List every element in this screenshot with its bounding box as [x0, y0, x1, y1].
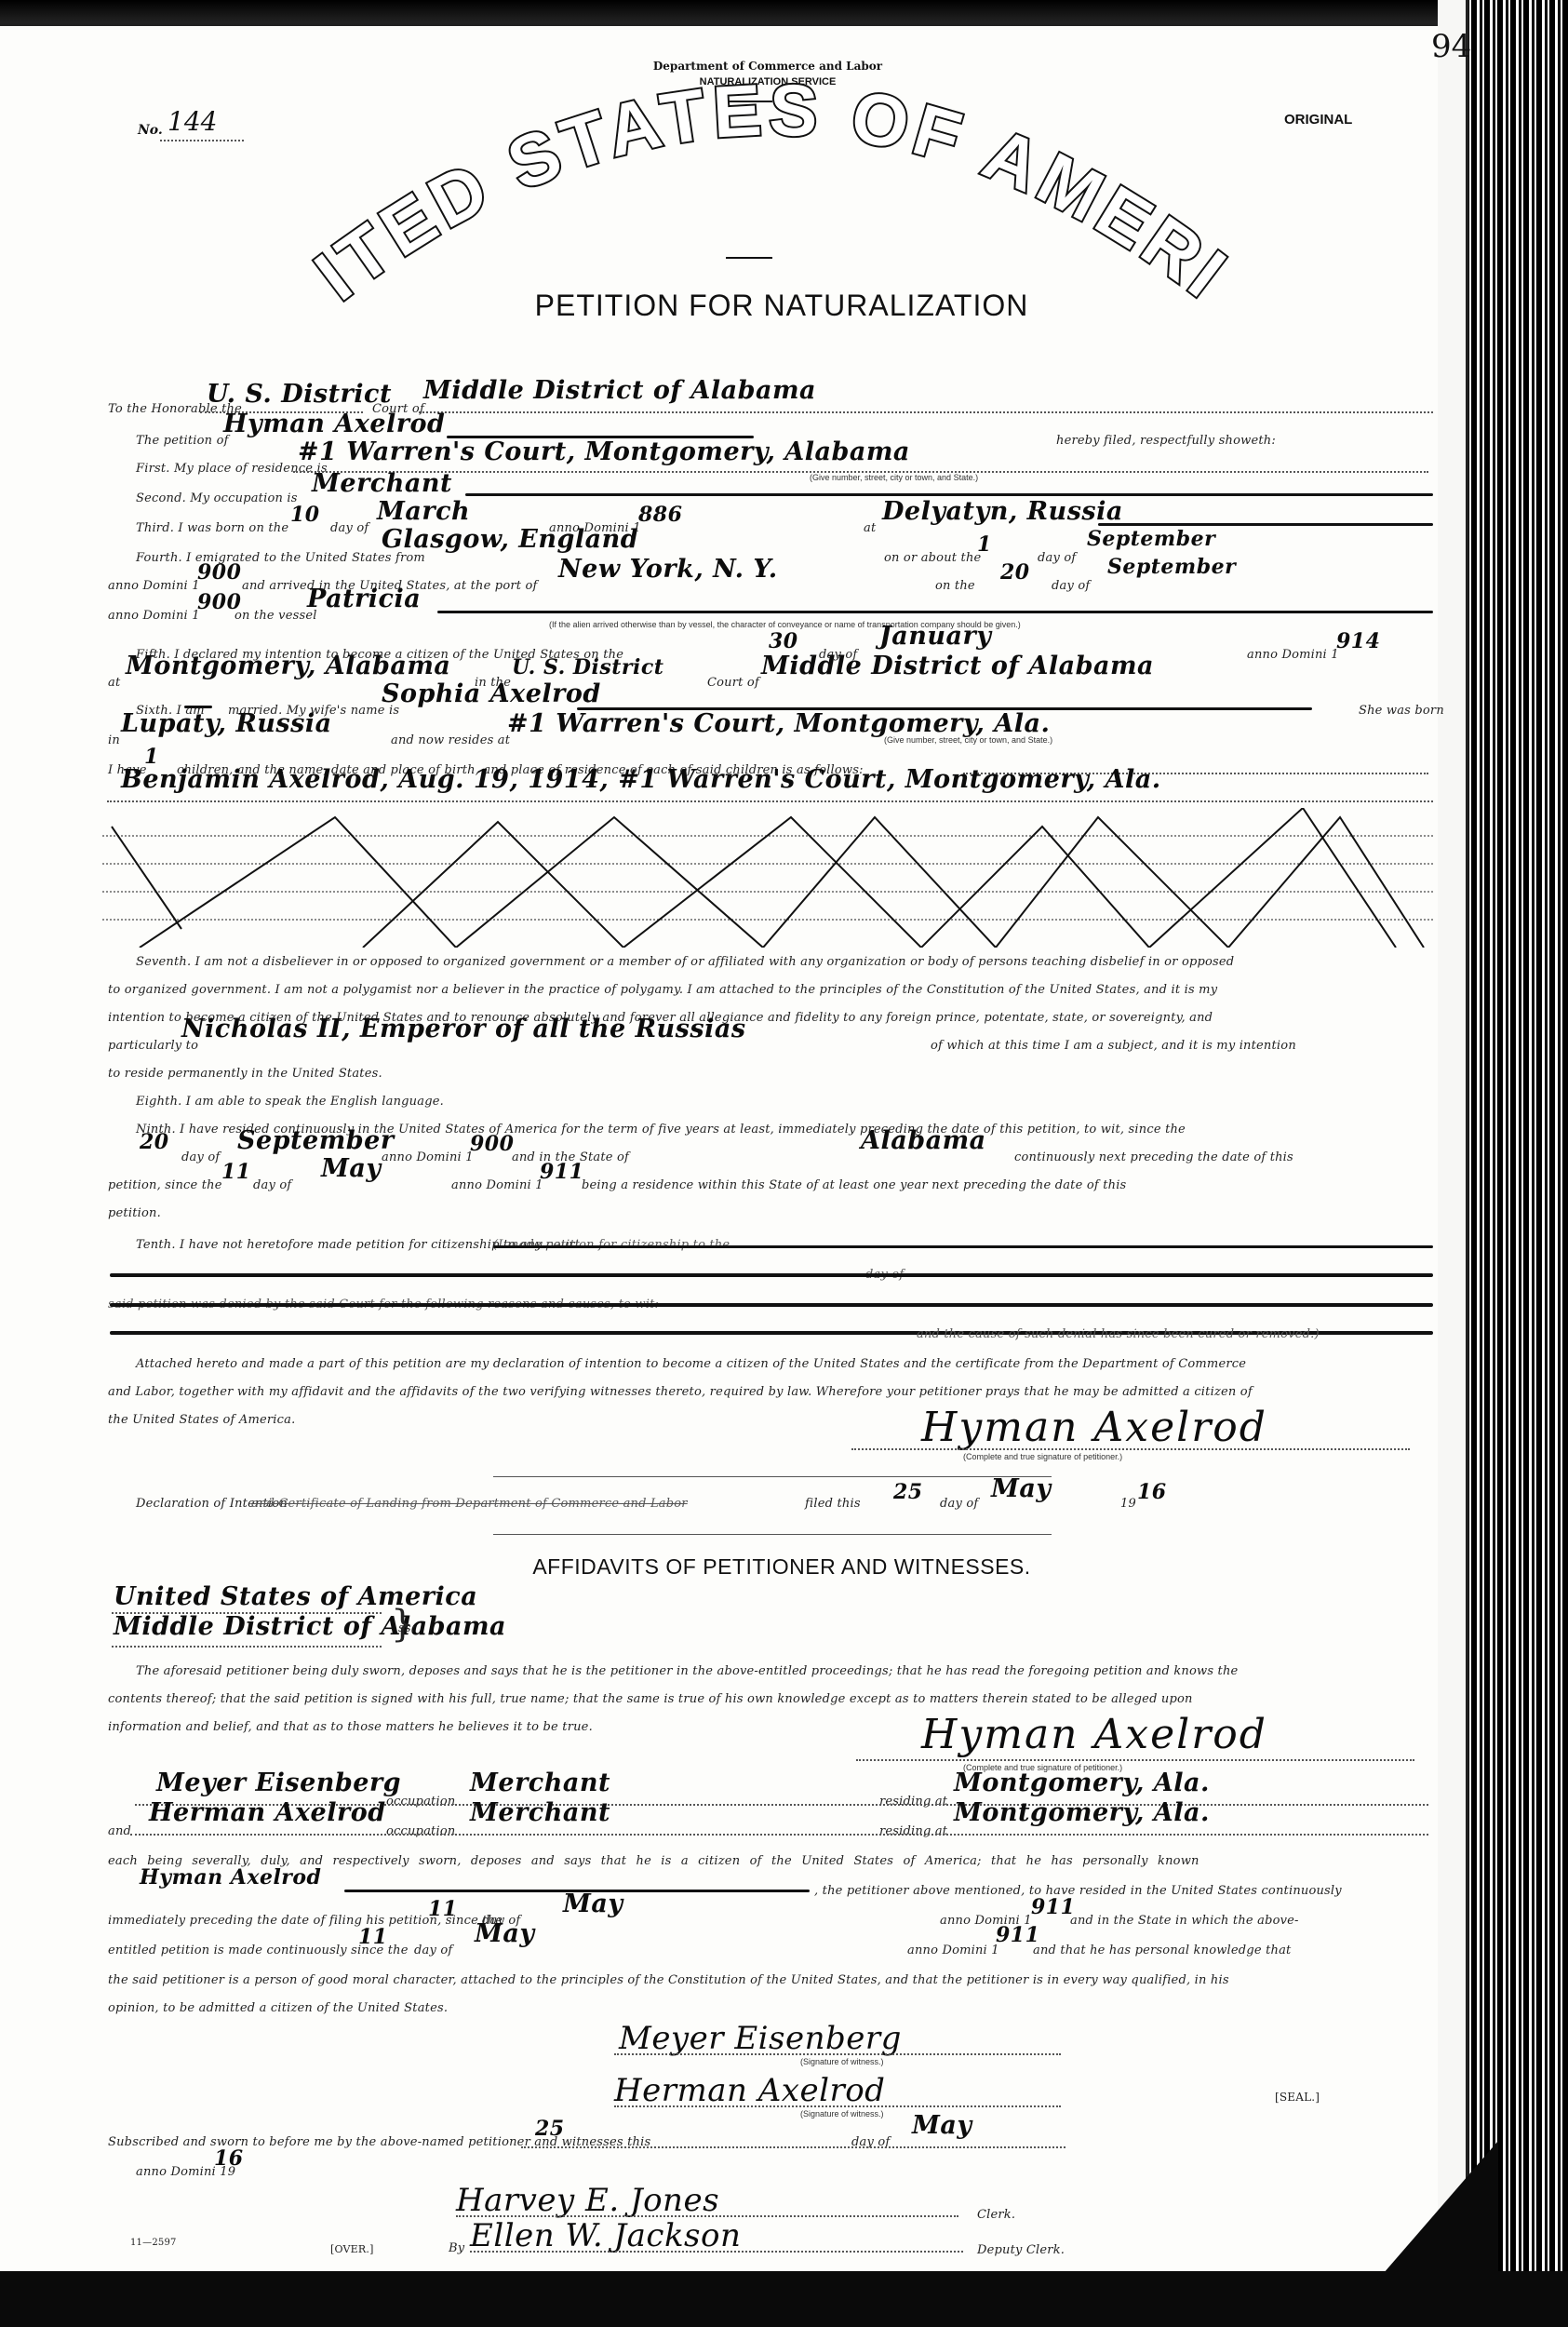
us-since-day: 11 — [428, 1897, 458, 1921]
deputy-clerk-signature: Ellen W. Jackson — [470, 2217, 741, 2254]
arrival-port: New York, N. Y. — [558, 555, 778, 584]
form-number: 11—2597 — [130, 2238, 177, 2248]
birth-place: Delyatyn, Russia — [882, 497, 1123, 526]
declared-court: U. S. District — [512, 655, 663, 679]
scan-bottom-edge — [0, 2271, 1568, 2327]
witness-1-signature: Meyer Eisenberg — [619, 2020, 902, 2057]
witness-2-occupation: Merchant — [470, 1798, 610, 1827]
page-corner — [1377, 2141, 1498, 2280]
emigrated-day: 1 — [977, 532, 992, 557]
state-day: 11 — [358, 1925, 388, 1949]
arrival-day: 20 — [1000, 560, 1030, 585]
seal-label: [SEAL.] — [1275, 2091, 1320, 2104]
birth-day: 10 — [290, 503, 320, 527]
us-since-month: May — [563, 1890, 623, 1918]
wife-residence: #1 Warren's Court, Montgomery, Ala. — [507, 709, 1050, 738]
venue-district: Middle District of Alabama — [114, 1612, 506, 1641]
affidavit-petitioner-signature: Hyman Axelrod — [921, 1711, 1267, 1758]
ninth-year: 900 — [470, 1132, 514, 1156]
emigrated-from: Glasgow, England — [382, 525, 638, 554]
petitioner-signature: Hyman Axelrod — [921, 1404, 1267, 1451]
form-title: PETITION FOR NATURALIZATION — [447, 289, 1117, 323]
declared-year: 914 — [1336, 629, 1380, 653]
affidavits-title: AFFIDAVITS OF PETITIONER AND WITNESSES. — [335, 1554, 1228, 1580]
ninth-day: 20 — [140, 1130, 169, 1154]
wife-name: Sophia Axelrod — [382, 679, 601, 708]
over-label: [OVER.] — [330, 2243, 374, 2255]
declared-at: Montgomery, Alabama — [126, 652, 450, 680]
witness-2-signature: Herman Axelrod — [614, 2072, 885, 2109]
sovereign: Nicholas II, Emperor of all the Russias — [181, 1015, 746, 1043]
state-since-month: May — [321, 1154, 382, 1183]
state-since-day: 11 — [221, 1160, 251, 1184]
birth-month: March — [377, 497, 470, 526]
state-month: May — [475, 1919, 535, 1948]
occupation: Merchant — [312, 469, 452, 498]
declared-day: 30 — [769, 629, 798, 653]
subscribed-day: 25 — [535, 2117, 565, 2141]
witness-1-occupation: Merchant — [470, 1769, 610, 1797]
crossed-out-lines — [102, 808, 1442, 948]
subscribed-year: 16 — [214, 2146, 244, 2171]
declared-court-of: Middle District of Alabama — [761, 652, 1154, 680]
divider — [726, 257, 772, 259]
svg-text:UNITED STATES OF AMERICA: UNITED STATES OF AMERICA — [0, 0, 1244, 316]
witness-1-name: Meyer Eisenberg — [156, 1769, 401, 1797]
witness-2-residence: Montgomery, Ala. — [954, 1798, 1210, 1827]
court-of: Middle District of Alabama — [423, 376, 816, 405]
subscribed-month: May — [912, 2111, 972, 2140]
child-entry: Benjamin Axelrod, Aug. 19, 1914, #1 Warr… — [121, 765, 1161, 794]
clerk-signature: Harvey E. Jones — [456, 2182, 719, 2219]
witness-1-residence: Montgomery, Ala. — [954, 1769, 1210, 1797]
emigrated-month: September — [1087, 527, 1215, 551]
residence-state: Alabama — [861, 1126, 986, 1155]
state-since-year: 911 — [540, 1160, 583, 1184]
arrival-month: September — [1107, 555, 1236, 579]
filed-year: 16 — [1137, 1480, 1167, 1504]
emigrated-year: 900 — [197, 560, 241, 585]
birth-year: 886 — [638, 503, 682, 527]
venue-country: United States of America — [114, 1582, 477, 1611]
vessel: Patricia — [307, 585, 421, 613]
witness-2-name: Herman Axelrod — [149, 1798, 386, 1827]
us-since-year: 911 — [1031, 1895, 1075, 1919]
declared-month: January — [879, 622, 991, 651]
wife-birthplace: Lupaty, Russia — [121, 709, 332, 738]
petitioner-name: Hyman Axelrod — [223, 410, 445, 438]
court-name: U. S. District — [207, 380, 392, 409]
ninth-month: September — [237, 1126, 395, 1155]
known-person: Hyman Axelrod — [140, 1865, 321, 1890]
filed-month: May — [991, 1474, 1052, 1503]
residence: #1 Warren's Court, Montgomery, Alabama — [298, 437, 910, 466]
filed-day: 25 — [893, 1480, 923, 1504]
